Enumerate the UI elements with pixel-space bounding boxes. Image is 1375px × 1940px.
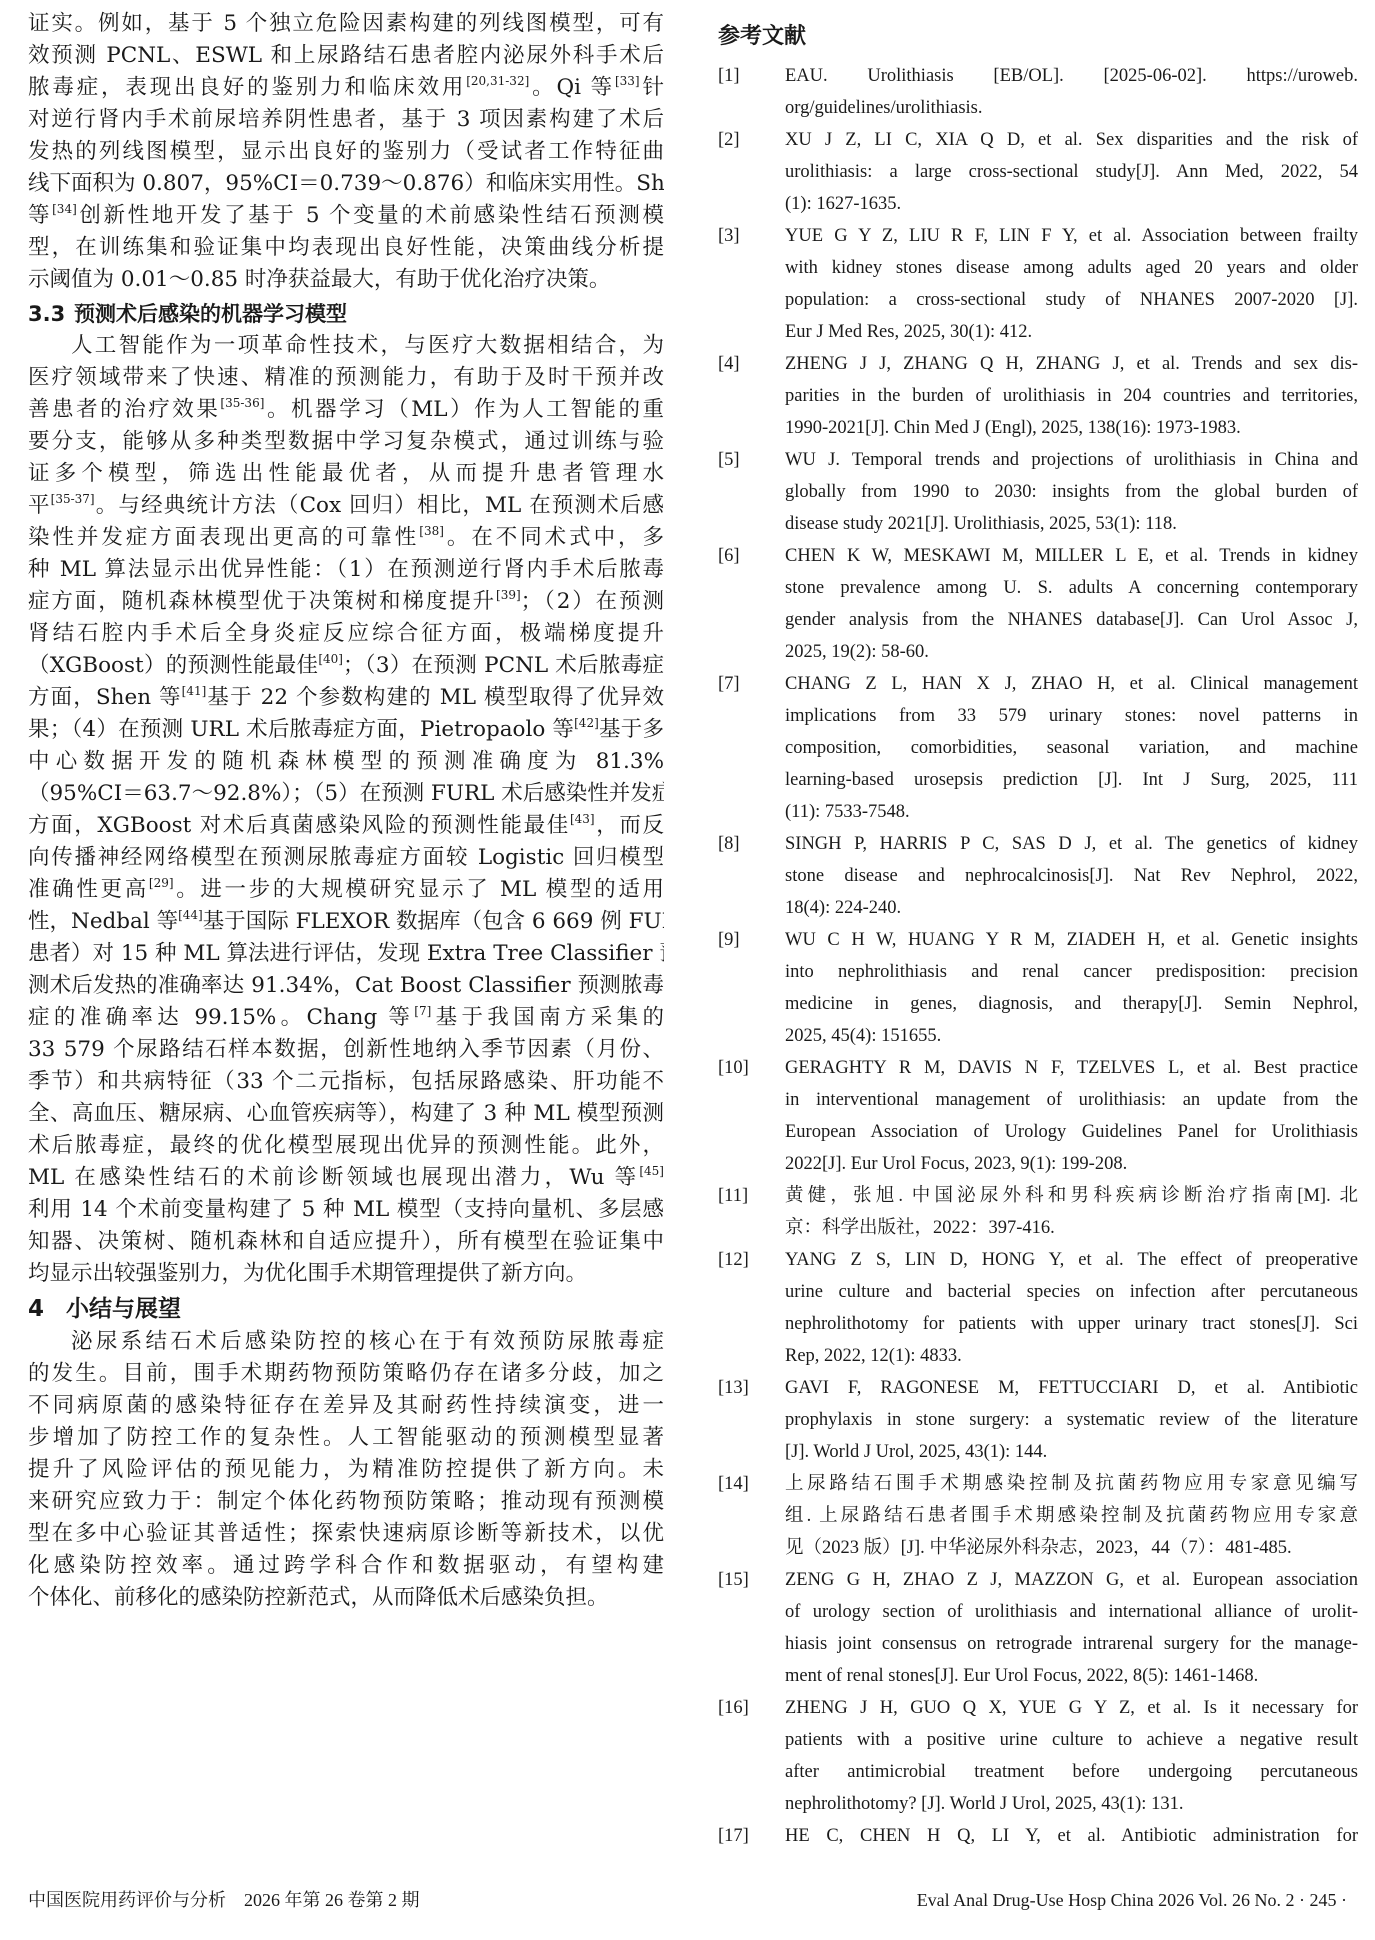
reference-line: XU J Z, LI C, XIA Q D, et al. Sex dispar… (785, 124, 1358, 156)
text-line: 染性并发症方面表现出更高的可靠性[38]。在不同术式中，多 (28, 522, 664, 554)
reference-number: [10] (718, 1052, 749, 1084)
text-line: 季节）和共病特征（33 个二元指标，包括尿路感染、肝功能不 (28, 1066, 664, 1098)
reference-line: learning-based urosepsis prediction [J].… (785, 764, 1358, 796)
text-line: （XGBoost）的预测性能最佳[40]；（3）在预测 PCNL 术后脓毒症 (28, 650, 664, 682)
text-line: 向传播神经网络模型在预测尿脓毒症方面较 Logistic 回归模型 (28, 842, 664, 874)
section-heading-3-3: 3.3预测术后感染的机器学习模型 (28, 298, 347, 330)
reference-number: [2] (718, 124, 740, 156)
text-line: 提升了风险评估的预见能力，为精准防控提供了新方向。未 (28, 1454, 664, 1486)
reference-line: SINGH P, HARRIS P C, SAS D J, et al. The… (785, 828, 1358, 860)
reference-line: parities in the burden of urolithiasis i… (785, 380, 1358, 412)
reference-line: 京：科学出版社，2022：397-416. (785, 1212, 1358, 1244)
text-line: 利用 14 个术前变量构建了 5 种 ML 模型（支持向量机、多层感 (28, 1194, 664, 1226)
reference-line: ZHENG J H, GUO Q X, YUE G Y Z, et al. Is… (785, 1692, 1358, 1724)
text-line: 对逆行肾内手术前尿培养阴性患者，基于 3 项因素构建了术后 (28, 104, 664, 136)
text-line: 个体化、前移化的感染防控新范式，从而降低术后感染负担。 (28, 1582, 664, 1614)
reference-line: YANG Z S, LIN D, HONG Y, et al. The effe… (785, 1244, 1358, 1276)
text-line: 症方面，随机森林模型优于决策树和梯度提升[39]；（2）在预测 (28, 586, 664, 618)
reference-number: [12] (718, 1244, 749, 1276)
text-line: 线下面积为 0.807，95%CI＝0.739～0.876）和临床实用性。She… (28, 168, 664, 200)
reference-line: stone prevalence among U. S. adults A co… (785, 572, 1358, 604)
reference-number: [8] (718, 828, 740, 860)
text-line: 准确性更高[29]。进一步的大规模研究显示了 ML 模型的适用 (28, 874, 664, 906)
reference-line: ZHENG J J, ZHANG Q H, ZHANG J, et al. Tr… (785, 348, 1358, 380)
text-line: 证实。例如，基于 5 个独立危险因素构建的列线图模型，可有 (28, 8, 664, 40)
reference-line: European Association of Urology Guidelin… (785, 1116, 1358, 1148)
reference-number: [4] (718, 348, 740, 380)
text-line: 脓毒症，表现出良好的鉴别力和临床效用[20,31-32]。Qi 等[33]针 (28, 72, 664, 104)
text-line: 中心数据开发的随机森林模型的预测准确度为 81.3% (28, 746, 664, 778)
reference-line: disease study 2021[J]. Urolithiasis, 202… (785, 508, 1358, 540)
text-line: 不同病原菌的感染特征存在差异及其耐药性持续演变，进一 (28, 1390, 664, 1422)
reference-number: [3] (718, 220, 740, 252)
text-line: 善患者的治疗效果[35-36]。机器学习（ML）作为人工智能的重 (28, 394, 664, 426)
reference-line: org/guidelines/urolithiasis. (785, 92, 1358, 124)
text-line: 33 579 个尿路结石样本数据，创新性地纳入季节因素（月份、 (28, 1034, 664, 1066)
reference-number: [5] (718, 444, 740, 476)
text-line: 泌尿系结石术后感染防控的核心在于有效预防尿脓毒症 (28, 1326, 664, 1358)
section-number: 4 (28, 1292, 66, 1326)
reference-line: gender analysis from the NHANES database… (785, 604, 1358, 636)
text-line: ML 在感染性结石的术前诊断领域也展现出潜力，Wu 等[45] (28, 1162, 664, 1194)
reference-number: [1] (718, 60, 740, 92)
reference-number: [17] (718, 1820, 749, 1852)
reference-line: after antimicrobial treatment before und… (785, 1756, 1358, 1788)
reference-line: WU C H W, HUANG Y R M, ZIADEH H, et al. … (785, 924, 1358, 956)
footer-journal-en: Eval Anal Drug-Use Hosp China 2026 Vol. … (917, 1886, 1347, 1914)
reference-line: stone disease and nephrocalcinosis[J]. N… (785, 860, 1358, 892)
text-line: 肾结石腔内手术后全身炎症反应综合征方面，极端梯度提升 (28, 618, 664, 650)
reference-line: population: a cross-sectional study of N… (785, 284, 1358, 316)
text-line: 方面，Shen 等[41]基于 22 个参数构建的 ML 模型取得了优异效 (28, 682, 664, 714)
text-line: 证多个模型，筛选出性能最优者，从而提升患者管理水 (28, 458, 664, 490)
text-line: 性，Nedbal 等[44]基于国际 FLEXOR 数据库（包含 6 669 例… (28, 906, 664, 938)
text-line: （95%CI＝63.7～92.8%）；（5）在预测 FURL 术后感染性并发症 (28, 778, 664, 810)
section-title: 预测术后感染的机器学习模型 (74, 302, 347, 326)
text-line: 要分支，能够从多种类型数据中学习复杂模式，通过训练与验 (28, 426, 664, 458)
reference-line: Eur J Med Res, 2025, 30(1): 412. (785, 316, 1358, 348)
reference-line: Rep, 2022, 12(1): 4833. (785, 1340, 1358, 1372)
reference-number: [13] (718, 1372, 749, 1404)
text-line: 等[34]创新性地开发了基于 5 个变量的术前感染性结石预测模 (28, 200, 664, 232)
reference-number: [6] (718, 540, 740, 572)
footer-journal-cn: 中国医院用药评价与分析 2026 年第 26 卷第 2 期 (28, 1886, 420, 1914)
text-line: 症的准确率达 99.15%。Chang 等[7]基于我国南方采集的 (28, 1002, 664, 1034)
reference-line: globally from 1990 to 2030: insights fro… (785, 476, 1358, 508)
reference-line: YUE G Y Z, LIU R F, LIN F Y, et al. Asso… (785, 220, 1358, 252)
reference-line: with kidney stones disease among adults … (785, 252, 1358, 284)
reference-number: [16] (718, 1692, 749, 1724)
reference-line: in interventional management of urolithi… (785, 1084, 1358, 1116)
reference-line: urine culture and bacterial species on i… (785, 1276, 1358, 1308)
text-line: 知器、决策树、随机森林和自适应提升），所有模型在验证集中 (28, 1226, 664, 1258)
reference-line: 上尿路结石围手术期感染控制及抗菌药物应用专家意见编写 (785, 1468, 1358, 1500)
reference-line: [J]. World J Urol, 2025, 43(1): 144. (785, 1436, 1358, 1468)
reference-line: 2022[J]. Eur Urol Focus, 2023, 9(1): 199… (785, 1148, 1358, 1180)
reference-line: 见（2023 版）[J]. 中华泌尿外科杂志，2023，44（7）：481-48… (785, 1532, 1358, 1564)
reference-line: CHANG Z L, HAN X J, ZHAO H, et al. Clini… (785, 668, 1358, 700)
text-line: 化感染防控效率。通过跨学科合作和数据驱动，有望构建 (28, 1550, 664, 1582)
reference-line: urolithiasis: a large cross-sectional st… (785, 156, 1358, 188)
reference-line: 1990-2021[J]. Chin Med J (Engl), 2025, 1… (785, 412, 1358, 444)
reference-line: 2025, 45(4): 151655. (785, 1020, 1358, 1052)
reference-line: nephrolithotomy? [J]. World J Urol, 2025… (785, 1788, 1358, 1820)
reference-line: hiasis joint consensus on retrograde int… (785, 1628, 1358, 1660)
reference-line: EAU. Urolithiasis [EB/OL]. [2025-06-02].… (785, 60, 1358, 92)
text-line: 医疗领域带来了快速、精准的预测能力，有助于及时干预并改 (28, 362, 664, 394)
text-line: 人工智能作为一项革命性技术，与医疗大数据相结合，为 (28, 330, 664, 362)
reference-line: prophylaxis in stone surgery: a systemat… (785, 1404, 1358, 1436)
reference-line: patients with a positive urine culture t… (785, 1724, 1358, 1756)
text-line: 型在多中心验证其普适性；探索快速病原诊断等新技术，以优 (28, 1518, 664, 1550)
reference-line: GERAGHTY R M, DAVIS N F, TZELVES L, et a… (785, 1052, 1358, 1084)
reference-number: [7] (718, 668, 740, 700)
text-line: 平[35-37]。与经典统计方法（Cox 回归）相比，ML 在预测术后感 (28, 490, 664, 522)
text-line: 果；（4）在预测 URL 术后脓毒症方面，Pietropaolo 等[42]基于… (28, 714, 664, 746)
text-line: 的发生。目前，围手术期药物预防策略仍存在诸多分歧，加之 (28, 1358, 664, 1390)
reference-line: into nephrolithiasis and renal cancer pr… (785, 956, 1358, 988)
reference-line: (1): 1627-1635. (785, 188, 1358, 220)
text-line: 术后脓毒症，最终的优化模型展现出优异的预测性能。此外， (28, 1130, 664, 1162)
reference-number: [15] (718, 1564, 749, 1596)
reference-line: 2025, 19(2): 58-60. (785, 636, 1358, 668)
text-line: 步增加了防控工作的复杂性。人工智能驱动的预测模型显著 (28, 1422, 664, 1454)
text-line: 效预测 PCNL、ESWL 和上尿路结石患者腔内泌尿外科手术后 (28, 40, 664, 72)
text-line: 来研究应致力于：制定个体化药物预防策略；推动现有预测模 (28, 1486, 664, 1518)
text-line: 发热的列线图模型，显示出良好的鉴别力（受试者工作特征曲 (28, 136, 664, 168)
reference-number: [14] (718, 1468, 749, 1500)
reference-line: implications from 33 579 urinary stones:… (785, 700, 1358, 732)
reference-line: composition, comorbidities, seasonal var… (785, 732, 1358, 764)
reference-line: ZENG G H, ZHAO Z J, MAZZON G, et al. Eur… (785, 1564, 1358, 1596)
references-heading: 参考文献 (718, 20, 806, 54)
text-line: 患者）对 15 种 ML 算法进行评估，发现 Extra Tree Classi… (28, 938, 664, 970)
text-line: 均显示出较强鉴别力，为优化围手术期管理提供了新方向。 (28, 1258, 664, 1290)
reference-line: 黄健，张旭. 中国泌尿外科和男科疾病诊断治疗指南[M]. 北 (785, 1180, 1358, 1212)
reference-number: [9] (718, 924, 740, 956)
reference-line: ment of renal stones[J]. Eur Urol Focus,… (785, 1660, 1358, 1692)
reference-line: medicine in genes, diagnosis, and therap… (785, 988, 1358, 1020)
reference-line: CHEN K W, MESKAWI M, MILLER L E, et al. … (785, 540, 1358, 572)
reference-line: 组. 上尿路结石患者围手术期感染控制及抗菌药物应用专家意 (785, 1500, 1358, 1532)
text-line: 全、高血压、糖尿病、心血管疾病等），构建了 3 种 ML 模型预测 (28, 1098, 664, 1130)
reference-line: WU J. Temporal trends and projections of… (785, 444, 1358, 476)
reference-line: HE C, CHEN H Q, LI Y, et al. Antibiotic … (785, 1820, 1358, 1852)
section-title: 小结与展望 (66, 1296, 181, 1322)
reference-line: nephrolithotomy for patients with upper … (785, 1308, 1358, 1340)
reference-line: (11): 7533-7548. (785, 796, 1358, 828)
reference-line: GAVI F, RAGONESE M, FETTUCCIARI D, et al… (785, 1372, 1358, 1404)
reference-number: [11] (718, 1180, 748, 1212)
text-line: 测术后发热的准确率达 91.34%，Cat Boost Classifier 预… (28, 970, 664, 1002)
text-line: 示阈值为 0.01～0.85 时净获益最大，有助于优化治疗决策。 (28, 264, 664, 296)
section-heading-4: 4小结与展望 (28, 1292, 181, 1326)
text-line: 种 ML 算法显示出优异性能：（1）在预测逆行肾内手术后脓毒 (28, 554, 664, 586)
reference-line: 18(4): 224-240. (785, 892, 1358, 924)
text-line: 方面，XGBoost 对术后真菌感染风险的预测性能最佳[43]，而反 (28, 810, 664, 842)
section-number: 3.3 (28, 298, 74, 330)
reference-line: of urology section of urolithiasis and i… (785, 1596, 1358, 1628)
text-line: 型，在训练集和验证集中均表现出良好性能，决策曲线分析提 (28, 232, 664, 264)
